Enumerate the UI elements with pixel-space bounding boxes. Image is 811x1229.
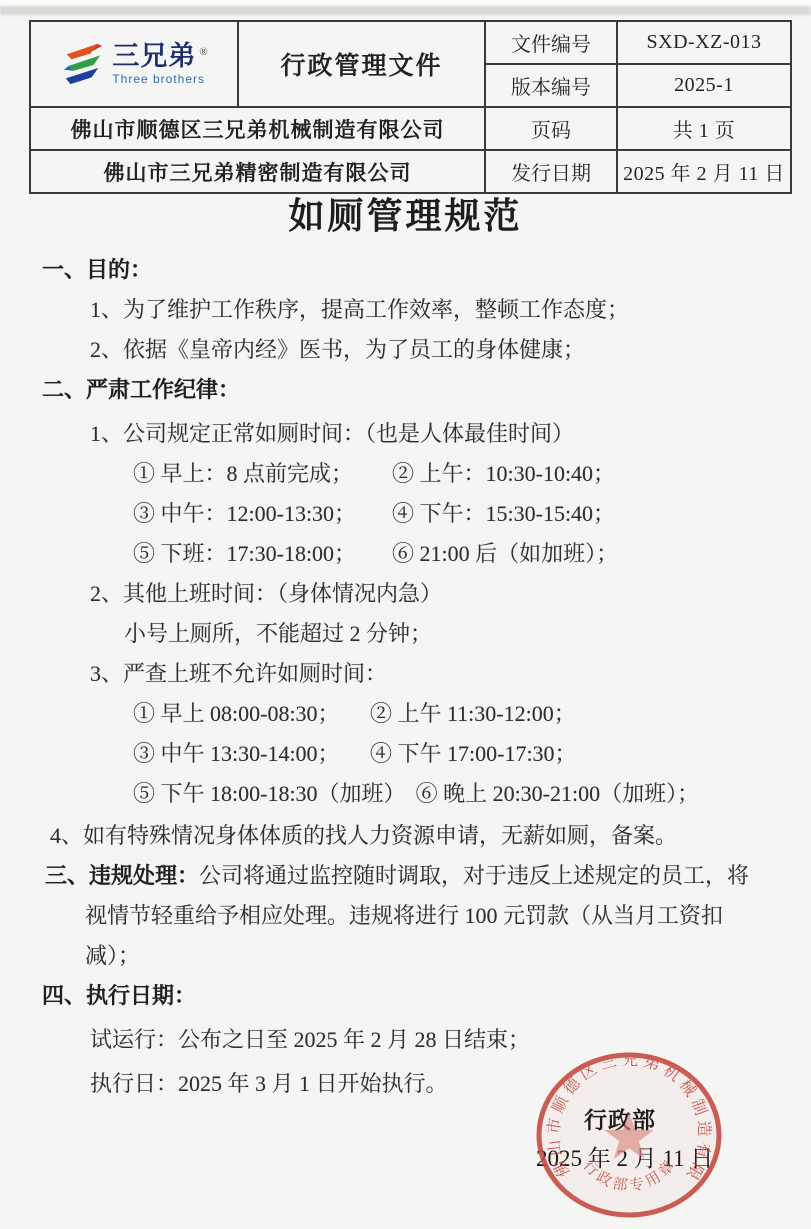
- allowed-time-4: ④ 下午：15:30-15:40；: [392, 501, 615, 526]
- version-value: 2025-1: [617, 64, 791, 107]
- doc-type-title: 行政管理文件: [238, 21, 485, 107]
- allowed-times-row-3: ⑤ 下班：17:30-18:00；⑥ 21:00 后（如加班）；: [133, 534, 811, 574]
- allowed-times-row-1: ① 早上：8 点前完成；② 上午：10:30-10:40；: [133, 454, 811, 494]
- logo-text-block: 三兄弟® Three brothers: [112, 43, 207, 86]
- discipline-item-3: 3、严查上班不允许如厕时间：: [90, 654, 811, 694]
- doc-no-value: SXD-XZ-013: [617, 21, 791, 64]
- logo-cell: 三兄弟® Three brothers: [30, 21, 238, 107]
- purpose-item-2: 2、依据《皇帝内经》医书，为了员工的身体健康；: [90, 330, 811, 370]
- doc-no-label: 文件编号: [485, 21, 617, 64]
- forbidden-time-1: ① 早上 08:00-08:30；: [133, 694, 370, 734]
- section-2-heading: 二、严肃工作纪律：: [42, 370, 811, 410]
- discipline-item-2: 2、其他上班时间：（身体情况内急）: [90, 574, 811, 614]
- allowed-times-row-2: ③ 中午：12:00-13:30；④ 下午：15:30-15:40；: [133, 494, 811, 534]
- section-3-text-1: 公司将通过监控随时调取，对于违反上述规定的员工，将: [199, 863, 749, 888]
- section-3-paragraph-line-1: 三、违规处理：公司将通过监控随时调取，对于违反上述规定的员工，将: [45, 856, 811, 896]
- allowed-time-5: ⑤ 下班：17:30-18:00；: [133, 534, 392, 574]
- section-1-heading: 一、目的：: [42, 250, 811, 290]
- forbidden-time-2: ② 上午 11:30-12:00；: [370, 701, 576, 726]
- forbidden-times-row-2: ③ 中午 13:30-14:00；④ 下午 17:00-17:30；: [133, 734, 811, 774]
- logo-brand-cn: 三兄弟: [112, 41, 196, 71]
- company-name-1: 佛山市顺德区三兄弟机械制造有限公司: [30, 107, 485, 150]
- page-count-value: 共 1 页: [617, 107, 791, 150]
- logo-brand-en: Three brothers: [112, 72, 205, 86]
- version-label: 版本编号: [485, 64, 617, 107]
- header-table: 三兄弟® Three brothers 行政管理文件 文件编号 SXD-XZ-0…: [29, 20, 792, 194]
- page-label: 页码: [485, 107, 617, 150]
- allowed-time-2: ② 上午：10:30-10:40；: [392, 461, 615, 486]
- discipline-item-4: 4、如有特殊情况身体体质的找人力资源申请，无薪如厕，备案。: [50, 816, 811, 856]
- purpose-item-1: 1、为了维护工作秩序，提高工作效率，整顿工作态度；: [90, 290, 811, 330]
- section-4-heading: 四、执行日期：: [42, 976, 811, 1016]
- discipline-item-1: 1、公司规定正常如厕时间：（也是人体最佳时间）: [90, 414, 811, 454]
- section-3-paragraph-line-2: 视情节轻重给予相应处理。违规将进行 100 元罚款（从当月工资扣: [85, 896, 811, 936]
- section-3-paragraph-line-3: 减）；: [85, 936, 811, 976]
- document-page: 三兄弟® Three brothers 行政管理文件 文件编号 SXD-XZ-0…: [0, 0, 811, 1229]
- allowed-time-1: ① 早上：8 点前完成；: [133, 454, 392, 494]
- forbidden-time-3: ③ 中午 13:30-14:00；: [133, 734, 370, 774]
- three-brothers-logo-icon: [60, 42, 106, 86]
- forbidden-time-6: ⑥ 晚上 20:30-21:00（加班）；: [416, 781, 700, 806]
- company-logo: 三兄弟® Three brothers: [31, 42, 237, 86]
- allowed-time-6: ⑥ 21:00 后（如加班）；: [392, 541, 618, 566]
- document-body: 如厕管理规范 一、目的： 1、为了维护工作秩序，提高工作效率，整顿工作态度； 2…: [0, 186, 811, 1104]
- forbidden-times-row-3: ⑤ 下午 18:00-18:30（加班）⑥ 晚上 20:30-21:00（加班）…: [133, 774, 811, 814]
- forbidden-times-row-1: ① 早上 08:00-08:30；② 上午 11:30-12:00；: [133, 694, 811, 734]
- registered-trademark-symbol: ®: [199, 46, 207, 58]
- forbidden-time-4: ④ 下午 17:00-17:30；: [370, 741, 577, 766]
- section-3-heading: 三、违规处理：: [45, 863, 199, 888]
- allowed-time-3: ③ 中午：12:00-13:30；: [133, 494, 392, 534]
- photo-edge-band: [0, 6, 811, 15]
- document-title: 如厕管理规范: [0, 186, 811, 246]
- discipline-item-2-note: 小号上厕所，不能超过 2 分钟；: [124, 614, 811, 654]
- company-seal-stamp: 佛山市顺德区三兄弟机械制造有限公司 行政部专用章: [534, 1050, 724, 1222]
- forbidden-time-5: ⑤ 下午 18:00-18:30（加班）: [133, 781, 406, 806]
